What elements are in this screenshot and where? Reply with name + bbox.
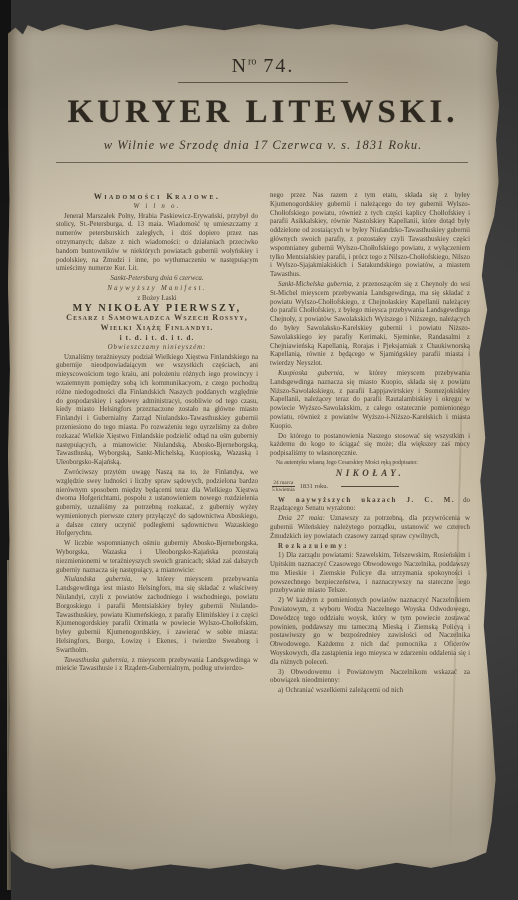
old-new-style-date: 24 marca5 kwietnia (272, 480, 295, 493)
gubernia-paragraph: Sankt-Michelska gubernia, z przenoszącém… (270, 281, 470, 369)
gubernia-paragraph: Kuopioska gubernia, w którey mieyscem pr… (270, 370, 470, 432)
gubernia-name: Kuopioska gubernia, (278, 370, 344, 377)
proclamation-lead: Obwieszczamy ninieyszém: (56, 344, 258, 353)
closing-paragraph: Do którego to postanowienia Naszego stos… (270, 433, 470, 459)
tsar-signature: NIKOŁAY. (270, 469, 470, 478)
section-heading: Wiadomości Krajowe. (56, 193, 258, 202)
manifest-paragraph: Zwróciwszy przytém uwagę Naszą na to, że… (56, 469, 258, 539)
gubernia-text: z przenoszącém się z Cheynoły do wsi St-… (270, 281, 470, 367)
left-column: Wiadomości Krajowe. W i l n o. Jenerał M… (56, 192, 258, 810)
ukaz-point-2: 2) W każdym z pomienionych powiatów nazn… (270, 597, 470, 667)
masthead-block: Nro 74. KURYER LITEWSKI. w Wilnie we Srz… (56, 56, 470, 163)
newspaper-page: Nro 74. KURYER LITEWSKI. w Wilnie we Srz… (8, 20, 500, 873)
tsar-name-line: MY NIKOŁAY PIERWSZY, (56, 305, 258, 314)
section-divider-rule (341, 486, 399, 487)
tsar-title-line-2: Wielki Xiążę Finlandyi. (56, 324, 258, 333)
issue-prefix: N (232, 55, 248, 77)
date-year: 1831 roku. (300, 483, 329, 490)
date-new-style: 5 kwietnia (272, 486, 295, 493)
date-old-style: 24 marca (272, 480, 295, 486)
scan-background: Nro 74. KURYER LITEWSKI. w Wilnie we Srz… (0, 0, 518, 900)
right-column: nego przez Nas razem z tym etatu, składa… (270, 192, 470, 810)
masthead-title: KURYER LITEWSKI. (56, 95, 470, 130)
ukaz-point-1: 1) Dla zarządu powiatami: Szawelskim, Te… (270, 552, 470, 596)
dateline-petersburg: Sankt-Petersburg dnia 6 czerwca. (56, 275, 258, 284)
tsar-title-line-1: Cesarz i Samowładzca Wszech Rossyy, (56, 314, 258, 323)
manifest-paragraph: W liczbie wspomnianych ośmiu guberniy Ab… (56, 540, 258, 575)
ukaz-date-lead: Dnia 27 maia: (278, 515, 325, 522)
continuation-paragraph: nego przez Nas razem z tym etatu, składa… (270, 192, 470, 280)
ukaz-heading-lead: W naywyższych ukazach J. C. M. (278, 497, 455, 504)
section-subheading: W i l n o. (56, 203, 258, 212)
issue-digits: 74. (256, 55, 294, 77)
manifest-heading: Naywyższy Manifest. (56, 285, 258, 294)
authentication-note: Na autentyku własną Jego Cesarskiey Mośc… (270, 460, 470, 467)
ukaz-paragraph: Dnia 27 maia: Uznawszy za potrzebną, dla… (270, 515, 470, 541)
gubernia-text: w którey mieyscem przebywania Landsgewdi… (56, 576, 258, 653)
rozkaz-line: Rozkazuiemy: (270, 543, 470, 552)
ukaz-point-3: 3) Obwodowemu i Powiatowym Naczelnikom w… (270, 669, 470, 687)
issue-rule (178, 82, 348, 83)
gubernia-text: w którey mieyscem przebywania Landsgewdi… (270, 370, 470, 430)
dateline: w Wilnie we Srzodę dnia 17 Czerwca v. s.… (56, 138, 470, 153)
ukaz-heading: W naywyższych ukazach J. C. M. do Rządzą… (270, 497, 470, 515)
manifest-paragraph: Uznaliśmy teraźnieyszy podział Wielkiego… (56, 354, 258, 468)
body-columns: Wiadomości Krajowe. W i l n o. Jenerał M… (56, 192, 470, 810)
header-rule (56, 162, 468, 163)
gubernia-name: Tawasthuska gubernia, (64, 657, 129, 664)
gubernia-paragraph: Niulandska gubernia, w którey mieyscem p… (56, 576, 258, 655)
gubernia-paragraph: Tawasthuska gubernia, z mieyscem przebyw… (56, 657, 258, 675)
gubernia-name: Sankt-Michelska gubernia, (278, 281, 353, 288)
gubernia-name: Niulandska gubernia, (64, 576, 132, 583)
etcetera-line: i t. d. i t. d. i t. d. (56, 334, 258, 343)
manifest-date: 24 marca5 kwietnia 1831 roku. (272, 480, 470, 493)
news-paragraph: Jenerał Marszałek Polny, Hrabia Paskiewi… (56, 213, 258, 275)
issue-number: Nro 74. (56, 56, 470, 76)
ukaz-subpoint-a: a) Ochraniać wszelkiemi zależącemi od ni… (270, 687, 470, 696)
